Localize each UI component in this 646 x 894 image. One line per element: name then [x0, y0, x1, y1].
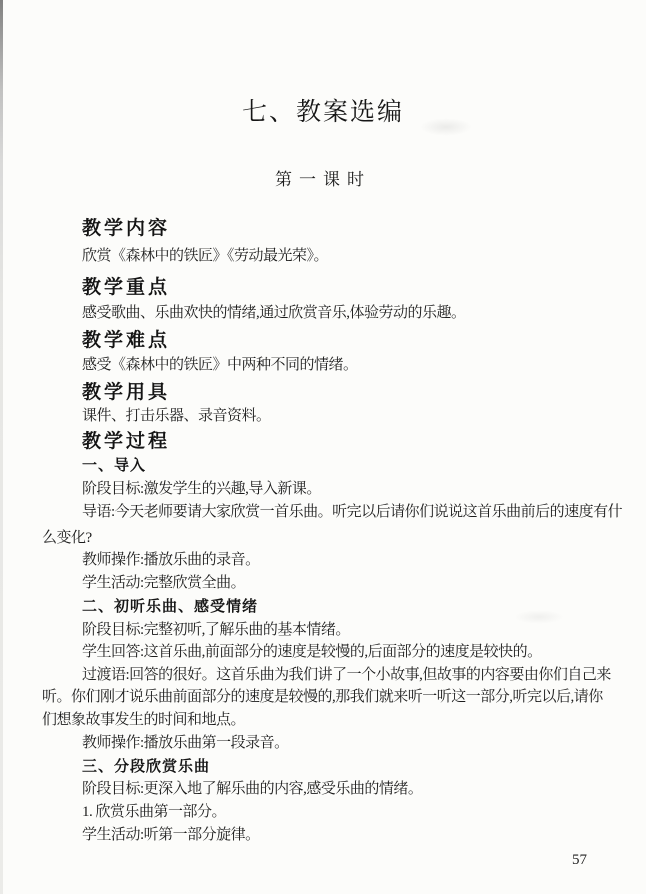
lesson-subtitle: 第一课时: [0, 169, 646, 190]
body-line: 教师操作:播放乐曲第一段录音。: [82, 734, 289, 753]
body-line: 教师操作:播放乐曲的录音。: [82, 551, 260, 570]
body-line: 学生活动:听第一部分旋律。: [82, 826, 260, 845]
body-line: 感受歌曲、乐曲欢快的情绪,通过欣赏音乐,体验劳动的乐趣。: [82, 304, 466, 323]
scanned-page: 七、教案选编 第一课时 教学内容 欣赏《森林中的铁匠》《劳动最光荣》。 教学重点…: [0, 0, 646, 894]
body-line: 1. 欣赏乐曲第一部分。: [82, 803, 226, 822]
body-line: 感受《森林中的铁匠》中两种不同的情绪。: [82, 356, 358, 375]
body-line: 课件、打击乐器、录音资料。: [82, 407, 271, 426]
body-line: 们想象故事发生的时间和地点。: [42, 711, 245, 730]
body-line: 欣赏《森林中的铁匠》《劳动最光荣》。: [82, 247, 328, 266]
section-heading-teaching-content: 教学内容: [82, 217, 170, 241]
body-line: 阶段目标:完整初听,了解乐曲的基本情绪。: [82, 621, 350, 640]
subsection-2-first-listen: 二、初听乐曲、感受情绪: [82, 598, 258, 617]
body-line: 阶段目标:激发学生的兴趣,导入新课。: [82, 480, 321, 499]
section-heading-key-points: 教学重点: [82, 276, 170, 300]
body-line: 学生回答:这首乐曲,前面部分的速度是较慢的,后面部分的速度是较快的。: [82, 643, 542, 662]
body-line: 么变化?: [42, 529, 92, 548]
subsection-1-introduction: 一、导入: [82, 457, 146, 476]
scan-smudge: [514, 610, 564, 624]
scan-edge-artifact: [0, 0, 3, 894]
body-line: 听。你们刚才说乐曲前面部分的速度是较慢的,那我们就来听一听这一部分,听完以后,请…: [42, 688, 603, 707]
section-heading-teaching-tools: 教学用具: [82, 381, 170, 405]
section-heading-difficulties: 教学难点: [82, 329, 170, 353]
section-heading-teaching-process: 教学过程: [82, 430, 170, 454]
page-number: 57: [572, 851, 587, 870]
body-line: 过渡语:回答的很好。这首乐曲为我们讲了一个小故事,但故事的内容要由你们自己来: [82, 666, 611, 685]
body-line: 导语:今天老师要请大家欣赏一首乐曲。听完以后请你们说说这首乐曲前后的速度有什: [82, 503, 622, 522]
body-line: 学生活动:完整欣赏全曲。: [82, 574, 245, 593]
subsection-3-segmented-listening: 三、分段欣赏乐曲: [82, 758, 210, 777]
chapter-title: 七、教案选编: [0, 97, 646, 128]
body-line: 阶段目标:更深入地了解乐曲的内容,感受乐曲的情绪。: [82, 780, 422, 799]
